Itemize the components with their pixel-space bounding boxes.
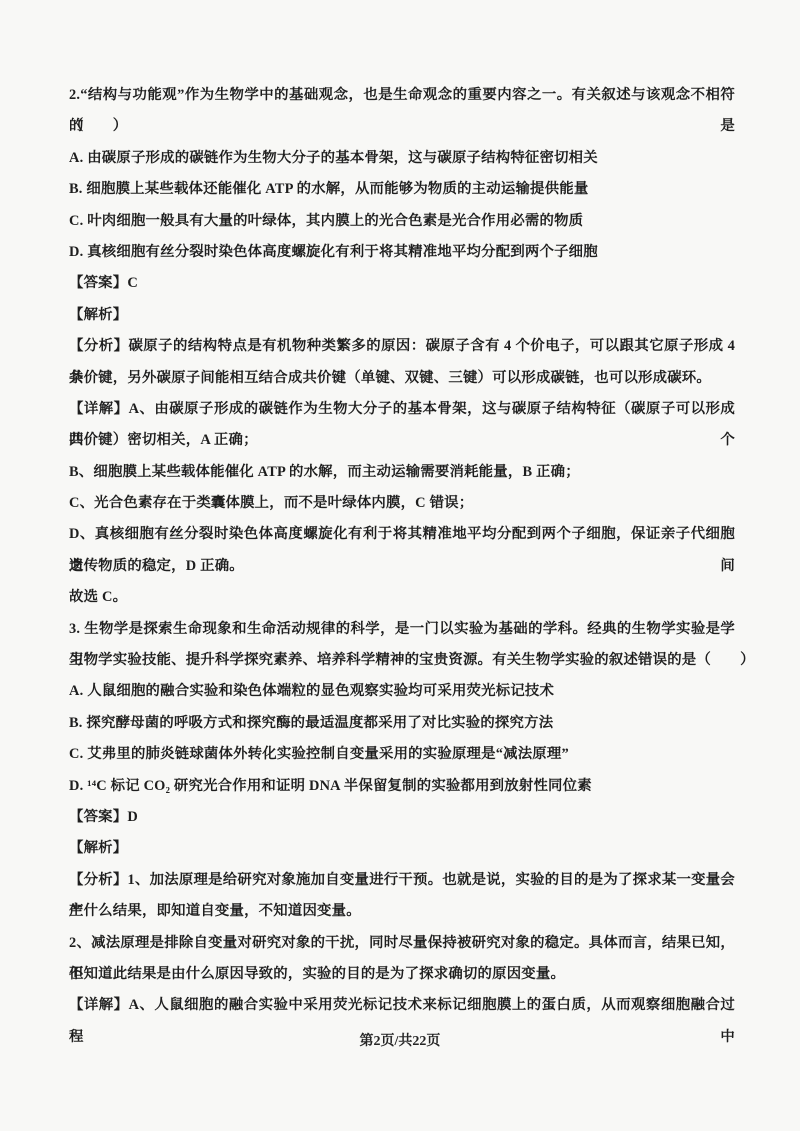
q3-analysis-line-2: 生什么结果，即知道自变量，不知道因变量。 xyxy=(69,896,735,927)
q2-analysis-line-1: 【分析】碳原子的结构特点是有机物种类繁多的原因：碳原子含有 4 个价电子，可以跟… xyxy=(69,331,735,362)
q3-detail-line-1: 【详解】A、人鼠细胞的融合实验中采用荧光标记技术来标记细胞膜上的蛋白质，从而观察… xyxy=(69,990,735,1021)
q3-analysis-line-1: 【分析】1、加法原理是给研究对象施加自变量进行干预。也就是说，实验的目的是为了探… xyxy=(69,865,735,896)
q2-detail-line-1: 【详解】A、由碳原子形成的碳链作为生物大分子的基本骨架，这与碳原子结构特征（碳原… xyxy=(69,394,735,425)
q3-option-c: C. 艾弗里的肺炎链球菌体外转化实验控制自变量采用的实验原理是“减法原理” xyxy=(69,739,735,770)
q3-option-d: D. ¹⁴C 标记 CO₂ 研究光合作用和证明 DNA 半保留复制的实验都用到放… xyxy=(69,771,735,802)
q2-detail-option-c: C、光合色素存在于类囊体膜上，而不是叶绿体内膜，C 错误； xyxy=(69,488,735,519)
q2-option-c: C. 叶肉细胞一般具有大量的叶绿体，其内膜上的光合色素是光合作用必需的物质 xyxy=(69,206,735,237)
q2-stem-line-1: 2.“结构与功能观”作为生物学中的基础观念，也是生命观念的重要内容之一。有关叙述… xyxy=(69,80,735,111)
document-body: 2.“结构与功能观”作为生物学中的基础观念，也是生命观念的重要内容之一。有关叙述… xyxy=(69,80,735,1022)
q2-detail-option-d-1: D、真核细胞有丝分裂时染色体高度螺旋化有利于将其精准地平均分配到两个子细胞，保证… xyxy=(69,519,735,550)
q2-conclusion: 故选 C。 xyxy=(69,582,735,613)
q2-answer-label: 【答案】C xyxy=(69,268,735,299)
q3-answer-label: 【答案】D xyxy=(69,802,735,833)
q3-option-a: A. 人鼠细胞的融合实验和染色体端粒的显色观察实验均可采用荧光标记技术 xyxy=(69,676,735,707)
q2-detail-option-b: B、细胞膜上某些载体能催化 ATP 的水解，而主动运输需要消耗能量，B 正确； xyxy=(69,457,735,488)
q2-explanation-label: 【解析】 xyxy=(69,300,735,331)
q3-analysis-line-4: 不知道此结果是由什么原因导致的，实验的目的是为了探求确切的原因变量。 xyxy=(69,959,735,990)
q2-analysis-line-2: 共价键，另外碳原子间能相互结合成共价键（单键、双键、三键）可以形成碳链，也可以形… xyxy=(69,363,735,394)
q3-explanation-label: 【解析】 xyxy=(69,833,735,864)
q3-option-b: B. 探究酵母菌的呼吸方式和探究酶的最适温度都采用了对比实验的探究方法 xyxy=(69,708,735,739)
q3-analysis-line-3: 2、减法原理是排除自变量对研究对象的干扰，同时尽量保持被研究对象的稳定。具体而言… xyxy=(69,928,735,959)
q2-option-b: B. 细胞膜上某些载体还能催化 ATP 的水解，从而能够为物质的主动运输提供能量 xyxy=(69,174,735,205)
q2-option-a: A. 由碳原子形成的碳链作为生物大分子的基本骨架，这与碳原子结构特征密切相关 xyxy=(69,143,735,174)
q3-stem-line-1: 3. 生物学是探索生命现象和生命活动规律的科学，是一门以实验为基础的学科。经典的… xyxy=(69,614,735,645)
page-number: 第2页/共22页 xyxy=(0,1030,800,1050)
q2-option-d: D. 真核细胞有丝分裂时染色体高度螺旋化有利于将其精准地平均分配到两个子细胞 xyxy=(69,237,735,268)
q3-stem-line-2: 生物学实验技能、提升科学探究素养、培养科学精神的宝贵资源。有关生物学实验的叙述错… xyxy=(69,645,735,676)
document-page: 2.“结构与功能观”作为生物学中的基础观念，也是生命观念的重要内容之一。有关叙述… xyxy=(0,0,800,1131)
